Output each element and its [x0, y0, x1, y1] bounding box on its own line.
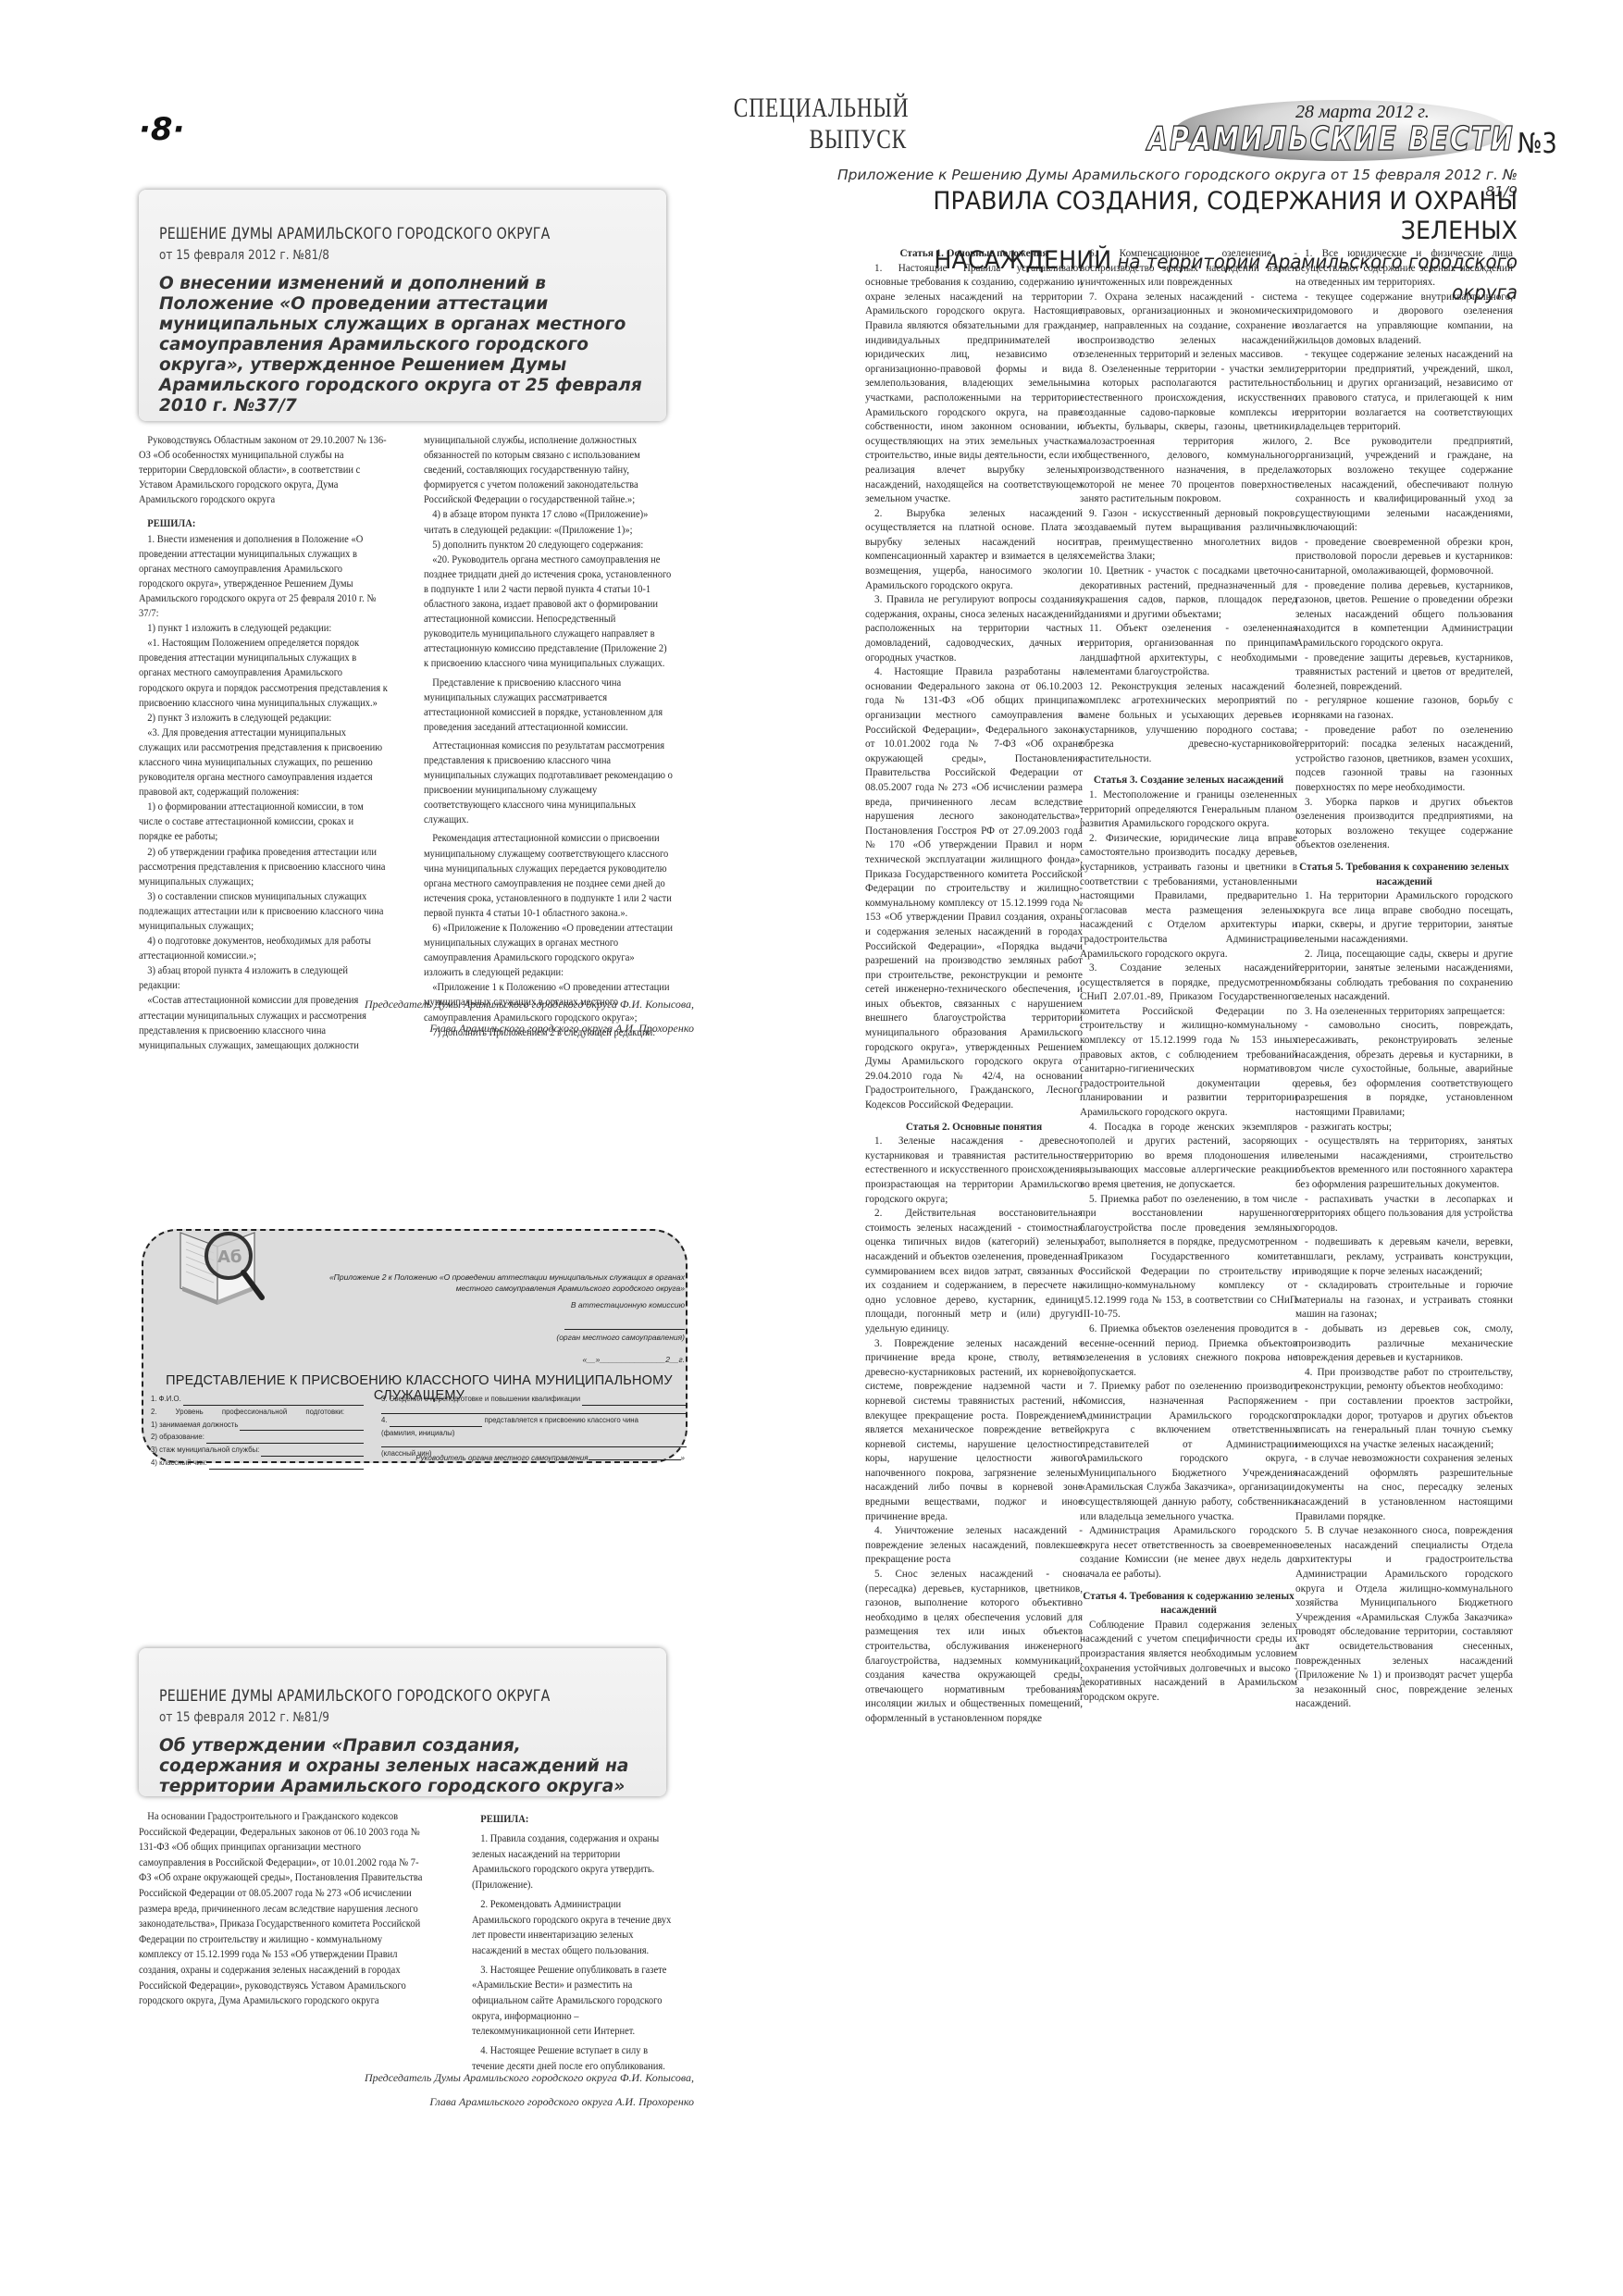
decision-81-9-header-box: РЕШЕНИЕ ДУМЫ АРАМИЛЬСКОГО ГОРОДСКОГО ОКР…: [139, 1648, 666, 1796]
paragraph: 3) о составлении списков муниципальных с…: [139, 889, 389, 934]
form-left-fields: 1. Ф.И.О. 2. Уровень профессиональной по…: [151, 1393, 364, 1470]
paragraph: - при составлении проектов застройки, пр…: [1295, 1395, 1513, 1452]
nominee-field[interactable]: 4.представляется к присвоению классного …: [381, 1414, 687, 1427]
book-magnifier-icon: Aб: [171, 1205, 273, 1307]
field-label: 2) образование:: [151, 1431, 204, 1444]
paragraph: 1. Настоящие Правила устанавливают основ…: [865, 262, 1083, 507]
paragraph: 1. Внести изменения и дополнения в Полож…: [139, 532, 389, 622]
paragraph: 2. Действительная восстановительная стои…: [865, 1207, 1083, 1336]
decision-subject: О внесении изменений и дополнений в Поло…: [159, 274, 646, 416]
paragraph: - самовольно сносить, повреждать, переса…: [1295, 1019, 1513, 1120]
paragraph: 9. Газон - искусственный дерновый покров…: [1080, 507, 1297, 565]
paragraph: - разжигать костры;: [1295, 1121, 1513, 1136]
paragraph: «20. Руководитель органа местного самоуп…: [424, 552, 674, 672]
paragraph: 1. Правила создания, содержания и охраны…: [472, 1831, 678, 1893]
paragraph: 5. Приемка работ по озеленению, в том чи…: [1080, 1193, 1297, 1322]
decision-81-8-column-1: Руководствуясь Областным законом от 29.1…: [139, 433, 389, 1053]
paragraph: Представление к присвоению классного чин…: [424, 676, 674, 735]
svg-text:Aб: Aб: [217, 1247, 242, 1267]
nominee-input-line[interactable]: [390, 1419, 482, 1427]
paragraph: 2. Лица, посещающие сады, скверы и други…: [1295, 948, 1513, 1005]
training-level-field: 2. Уровень профессиональной подготовки:: [151, 1406, 364, 1419]
form-organ-caption: (орган местного самоуправления): [500, 1333, 685, 1342]
paragraph: 3. Повреждение зеленых насаждений - прич…: [865, 1337, 1083, 1525]
position-field[interactable]: 1) занимаемая должность: [151, 1419, 364, 1432]
paragraph: Руководствуясь Областным законом от 29.1…: [139, 433, 389, 507]
decision-81-8-header-box: РЕШЕНИЕ ДУМЫ АРАМИЛЬСКОГО ГОРОДСКОГО ОКР…: [139, 190, 666, 421]
rules-column-1: Статья 1. Основные положения1. Настоящие…: [865, 247, 1083, 1727]
paragraph: 7. Охрана зеленых насаждений - система п…: [1080, 291, 1297, 363]
signature-head: Глава Арамильского городского округа А.И…: [278, 2090, 694, 2114]
paragraph: Аттестационная комиссия по результатам р…: [424, 738, 674, 828]
paragraph: - подвешивать к деревьям качели, веревки…: [1295, 1235, 1513, 1279]
decision-heading: РЕШЕНИЕ ДУМЫ АРАМИЛЬСКОГО ГОРОДСКОГО ОКР…: [159, 225, 577, 242]
paragraph: 5) дополнить пунктом 20 следующего содер…: [424, 538, 674, 552]
paragraph: 1. Местоположение и границы озелененных …: [1080, 788, 1297, 832]
article-heading: Статья 4. Требования к содержанию зелены…: [1080, 1590, 1297, 1619]
head-signature-line[interactable]: [588, 1453, 681, 1460]
paragraph: - текущее содержание зеленых насаждений …: [1295, 348, 1513, 435]
paragraph: «1. Настоящим Положением определяется по…: [139, 636, 389, 710]
fio-input-line[interactable]: [183, 1397, 364, 1406]
paragraph: - проведение своевременной обрезки крон,…: [1295, 536, 1513, 579]
field-label: 4) классный чин:: [151, 1457, 207, 1470]
paragraph: 6. Компенсационное озеленение - воспроиз…: [1080, 247, 1297, 291]
form-date-line[interactable]: «__»_______________2__г.: [518, 1355, 685, 1364]
nominee-caption: (фамилия, инициалы): [381, 1427, 687, 1440]
paragraph: - добывать из деревьев сок, смолу, произ…: [1295, 1322, 1513, 1366]
field-label: 3. Сведения о переподготовке и повышении…: [381, 1393, 580, 1406]
paragraph: 1. На территории Арамильского городского…: [1295, 889, 1513, 947]
quote-end: »: [681, 1454, 685, 1462]
paragraph: - в случае невозможности сохранения зеле…: [1295, 1452, 1513, 1524]
paragraph: - проведение защиты деревьев, кустарнико…: [1295, 652, 1513, 695]
paragraph: 4. При производстве работ по строительст…: [1295, 1366, 1513, 1395]
decision-heading: РЕШЕНИЕ ДУМЫ АРАМИЛЬСКОГО ГОРОДСКОГО ОКР…: [159, 1687, 577, 1705]
paragraph: 10. Цветник - участок с посадками цветоч…: [1080, 565, 1297, 622]
rules-column-2: 6. Компенсационное озеленение - воспроиз…: [1080, 247, 1297, 1705]
article-heading: Статья 5. Требования к сохранению зелены…: [1295, 861, 1513, 889]
head-signature-label: Руководитель органа местного самоуправле…: [415, 1454, 588, 1462]
decision-subject: Об утверждении «Правил создания, содержа…: [159, 1736, 646, 1797]
page-number: ·8·: [139, 111, 185, 148]
paragraph: 4) о подготовке документов, необходимых …: [139, 934, 389, 963]
resolved-heading: РЕШИЛА:: [139, 516, 389, 531]
paragraph: 4. Уничтожение зеленых насаждений - повр…: [865, 1524, 1083, 1568]
paragraph: 1. Зеленые насаждения - древесно-кустарн…: [865, 1135, 1083, 1207]
qualification-field[interactable]: 3. Сведения о переподготовке и повышении…: [381, 1393, 687, 1406]
special-issue-line2: ВЫПУСК: [734, 124, 907, 155]
qualification-input-line[interactable]: [582, 1397, 687, 1406]
rank-field[interactable]: [381, 1439, 687, 1447]
signature-chairman: Председатель Думы Арамильского городског…: [278, 2066, 694, 2090]
paragraph: - текущее содержание внутриквартального,…: [1295, 291, 1513, 348]
paragraph: 2. Рекомендовать Администрации Арамильск…: [472, 1897, 678, 1958]
form-to-commission: В аттестационную комиссию: [398, 1300, 685, 1309]
paragraph: 1. Все юридические и физические лица осу…: [1295, 247, 1513, 291]
decision-date: от 15 февраля 2012 г. №81/9: [159, 1710, 577, 1725]
field-label: 3) стаж муниципальной службы:: [151, 1444, 259, 1457]
resolved-heading: РЕШИЛА:: [472, 1812, 678, 1828]
paragraph: Соблюдение Правил содержания зеленых нас…: [1080, 1619, 1297, 1706]
paragraph: 6. Приемка объектов озеленения проводитс…: [1080, 1322, 1297, 1380]
special-issue-line1: СПЕЦИАЛЬНЫЙ: [734, 93, 907, 124]
field-label: 1) занимаемая должность: [151, 1419, 238, 1432]
newspaper-title: АРАМИЛЬСКИЕ ВЕСТИ: [1147, 120, 1515, 158]
signature-chairman: Председатель Думы Арамильского городског…: [278, 992, 694, 1016]
form-right-fields: 3. Сведения о переподготовке и повышении…: [381, 1393, 687, 1460]
article-heading: Статья 1. Основные положения: [865, 247, 1083, 262]
paragraph: «3. Для проведения аттестации муниципаль…: [139, 726, 389, 800]
paragraph: 4. Посадка в городе женских экземпляров …: [1080, 1121, 1297, 1193]
paragraph: 2. Вырубка зеленых насаждений осуществля…: [865, 507, 1083, 594]
paragraph: 5. Снос зеленых насаждений - снос (перес…: [865, 1568, 1083, 1727]
paragraph: - складировать строительные и горючие ма…: [1295, 1279, 1513, 1322]
class-rank-field[interactable]: 4) классный чин:: [151, 1457, 364, 1470]
paragraph: 3. На озелененных территориях запрещаетс…: [1295, 1005, 1513, 1020]
qualification-input-line-2[interactable]: [381, 1406, 687, 1414]
position-input-line[interactable]: [240, 1422, 364, 1431]
service-length-field[interactable]: 3) стаж муниципальной службы:: [151, 1444, 364, 1457]
issue-number: №3: [1518, 128, 1557, 160]
article-heading: Статья 2. Основные понятия: [865, 1121, 1083, 1136]
paragraph: На основании Градостроительного и Гражда…: [139, 1809, 423, 2009]
decision-81-9-signature: Председатель Думы Арамильского городског…: [278, 2066, 694, 2114]
paragraph: 2) пункт 3 изложить в следующей редакции…: [139, 711, 389, 726]
paragraph: 3. Правила не регулируют вопросы создани…: [865, 593, 1083, 665]
paragraph: 2. Физические, юридические лица вправе с…: [1080, 832, 1297, 962]
signature-head: Глава Арамильского городского округа А.И…: [278, 1016, 694, 1040]
decision-81-9-column-2: РЕШИЛА: 1. Правила создания, содержания …: [472, 1812, 678, 2079]
education-input-line[interactable]: [206, 1435, 364, 1444]
form-appendix-caption: «Приложение 2 к Положению «О проведении …: [315, 1272, 685, 1294]
form-head-signature: Руководитель органа местного самоуправле…: [342, 1453, 685, 1462]
paragraph: 3. Создание зеленых насаждений осуществл…: [1080, 962, 1297, 1121]
paragraph: 5. В случае незаконного сноса, поврежден…: [1295, 1524, 1513, 1712]
paragraph: 4) в абзаце втором пункта 17 слово «(При…: [424, 507, 674, 537]
special-issue-label: СПЕЦИАЛЬНЫЙ ВЫПУСК: [734, 93, 907, 155]
paragraph: 11. Объект озеленения - озелененная терр…: [1080, 622, 1297, 679]
rank-input-line[interactable]: [381, 1439, 687, 1447]
paragraph: муниципальной службы, исполнение должнос…: [424, 433, 674, 507]
paragraph: 2) об утверждении графика проведения атт…: [139, 845, 389, 889]
paragraph: - проведение полива деревьев, кустарнико…: [1295, 579, 1513, 652]
paragraph: 3. Уборка парков и других объектов озеле…: [1295, 796, 1513, 853]
paragraph: Администрация Арамильского городского ок…: [1080, 1524, 1297, 1582]
qualification-field-cont[interactable]: [381, 1406, 687, 1414]
article-heading: Статья 3. Создание зеленых насаждений: [1080, 774, 1297, 788]
paragraph: 8. Озелененные территории - участки земл…: [1080, 363, 1297, 507]
paragraph: 1) о формировании аттестационной комисси…: [139, 800, 389, 844]
fio-field[interactable]: 1. Ф.И.О.: [151, 1393, 364, 1406]
paragraph: 2. Все руководители предприятий, организ…: [1295, 435, 1513, 536]
field-suffix: представляется к присвоению классного чи…: [485, 1414, 638, 1427]
rules-column-3: 1. Все юридические и физические лица осу…: [1295, 247, 1513, 1712]
field-label: 1. Ф.И.О.: [151, 1393, 181, 1406]
field-label: 2. Уровень профессиональной подготовки:: [151, 1406, 344, 1419]
organ-input-line[interactable]: [564, 1329, 685, 1330]
paragraph: - осуществлять на территориях, занятых з…: [1295, 1135, 1513, 1192]
decision-date: от 15 февраля 2012 г. №81/8: [159, 248, 577, 263]
class-rank-input-line[interactable]: [209, 1461, 364, 1470]
decision-81-8-signature: Председатель Думы Арамильского городског…: [278, 992, 694, 1040]
paragraph: 3. Настоящее Решение опубликовать в газе…: [472, 1963, 678, 2040]
paragraph: - распахивать участки в лесопарках и тер…: [1295, 1193, 1513, 1236]
paragraph: 4. Настоящие Правила разработаны на осно…: [865, 665, 1083, 1112]
paragraph: 7. Приемку работ по озеленению производи…: [1080, 1380, 1297, 1524]
decision-81-9-column-1: На основании Градостроительного и Гражда…: [139, 1809, 423, 2009]
education-field[interactable]: 2) образование:: [151, 1431, 364, 1444]
paragraph: - проведение работ по озеленению террито…: [1295, 724, 1513, 796]
field-label: 4.: [381, 1414, 388, 1427]
rules-title-line1: ПРАВИЛА СОЗДАНИЯ, СОДЕРЖАНИЯ И ОХРАНЫ ЗЕ…: [873, 187, 1518, 246]
paragraph: 1) пункт 1 изложить в следующей редакции…: [139, 621, 389, 636]
paragraph: - регулярное кошение газонов, борьбу с с…: [1295, 694, 1513, 723]
paragraph: 6) «Приложение к Положению «О проведении…: [424, 921, 674, 980]
paragraph: 12. Реконструкция зеленых насаждений - к…: [1080, 680, 1297, 767]
decision-81-8-column-2: муниципальной службы, исполнение должнос…: [424, 433, 674, 1040]
paragraph: 3) абзац второй пункта 4 изложить в след…: [139, 963, 389, 993]
paragraph: Рекомендация аттестационной комиссии о п…: [424, 831, 674, 921]
